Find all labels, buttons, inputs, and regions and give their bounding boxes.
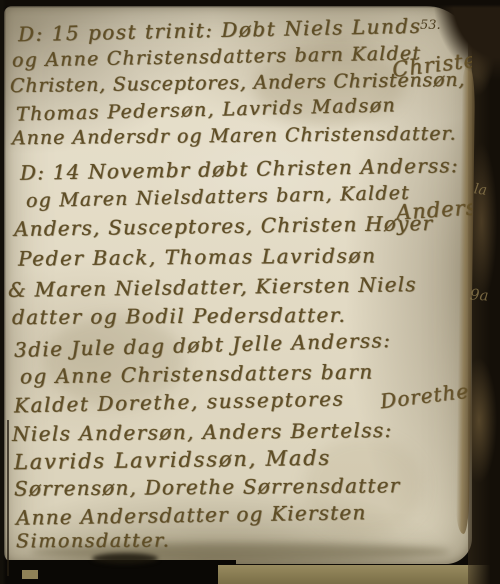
manuscript-line: og Anne Christensdatters barn: [20, 360, 374, 389]
table-surface-notch: [22, 570, 38, 579]
bleedthrough-mark: la: [473, 181, 488, 199]
manuscript-line: 3die Jule dag døbt Jelle Anderss:: [14, 328, 392, 362]
table-surface: [218, 565, 500, 584]
manuscript-line: og Anne Christensdatters barn Kaldet: [12, 42, 422, 71]
bleedthrough-mark: 9a: [469, 285, 489, 304]
manuscript-line: D: 14 Novembr døbt Christen Anderss:: [20, 153, 459, 185]
scan-background-left: [0, 0, 6, 584]
manuscript-line: datter og Bodil Pedersdatter.: [12, 303, 346, 329]
manuscript-paper: 53. D: 15 post trinit: Døbt Niels Lunds …: [4, 6, 472, 564]
scanned-register-page: 53. D: 15 post trinit: Døbt Niels Lunds …: [0, 0, 500, 584]
manuscript-line: Anders, Susceptores, Christen Høyer: [14, 211, 434, 241]
page-number: 53.: [420, 18, 441, 33]
manuscript-line: Thomas Pedersøn, Lavrids Madsøn: [16, 94, 397, 125]
page-crease-line: [7, 420, 9, 576]
manuscript-line: Simonsdatter.: [16, 530, 171, 553]
manuscript-line: og Maren Nielsdatters barn, Kaldet: [26, 182, 410, 212]
manuscript-line: Anne Andersdr og Maren Christensdatter.: [12, 123, 457, 150]
scan-background-top: [0, 0, 500, 8]
ink-smudge: [92, 553, 158, 564]
margin-child-name: Anders: [395, 195, 472, 225]
manuscript-line: & Maren Nielsdatter, Kiersten Niels: [8, 272, 417, 302]
manuscript-line: Anne Andersdatter og Kiersten: [16, 500, 367, 530]
manuscript-line: Peder Back, Thomas Lavridsøn: [18, 243, 377, 270]
manuscript-line: D: 15 post trinit: Døbt Niels Lunds: [18, 14, 422, 46]
manuscript-line: Sørrensøn, Dorethe Sørrensdatter: [14, 473, 401, 500]
manuscript-line: Kaldet Dorethe, susseptores: [14, 387, 345, 418]
manuscript-line: Niels Andersøn, Anders Bertelss:: [12, 418, 393, 446]
manuscript-line: Lavrids Lavridssøn, Mads: [14, 446, 331, 474]
